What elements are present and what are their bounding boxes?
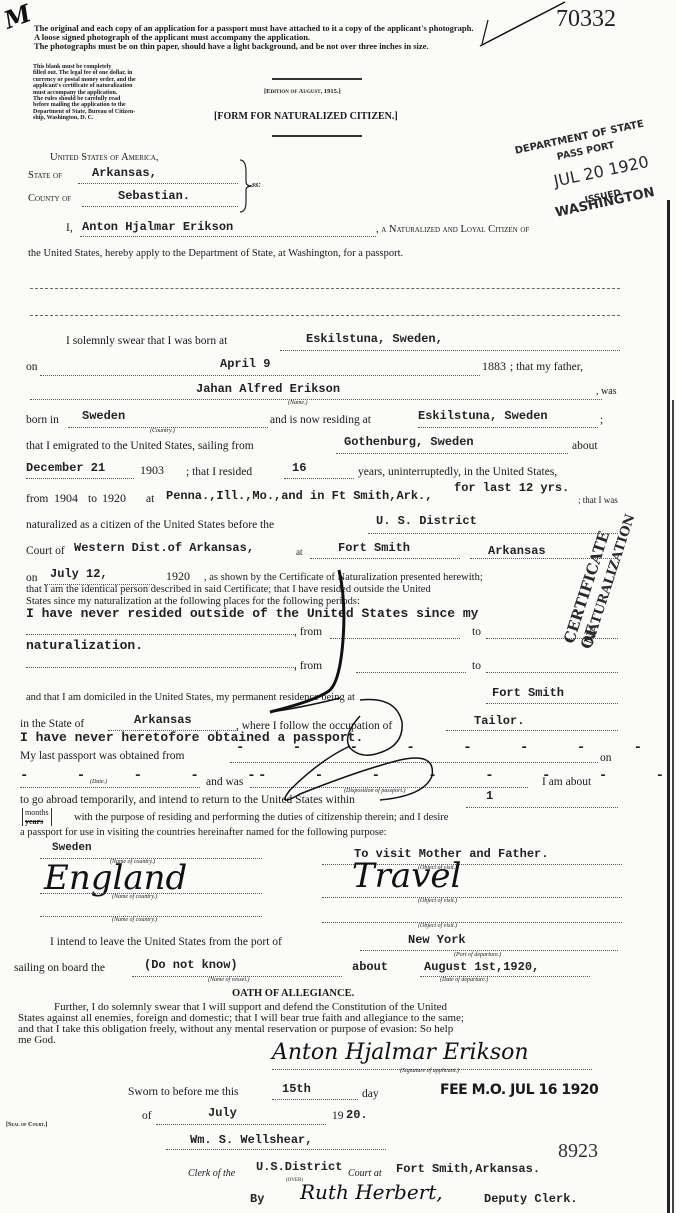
- passport-application-page: M 70332 The original and each copy of an…: [0, 0, 676, 1213]
- pen-strokes-overlay: [0, 0, 676, 1213]
